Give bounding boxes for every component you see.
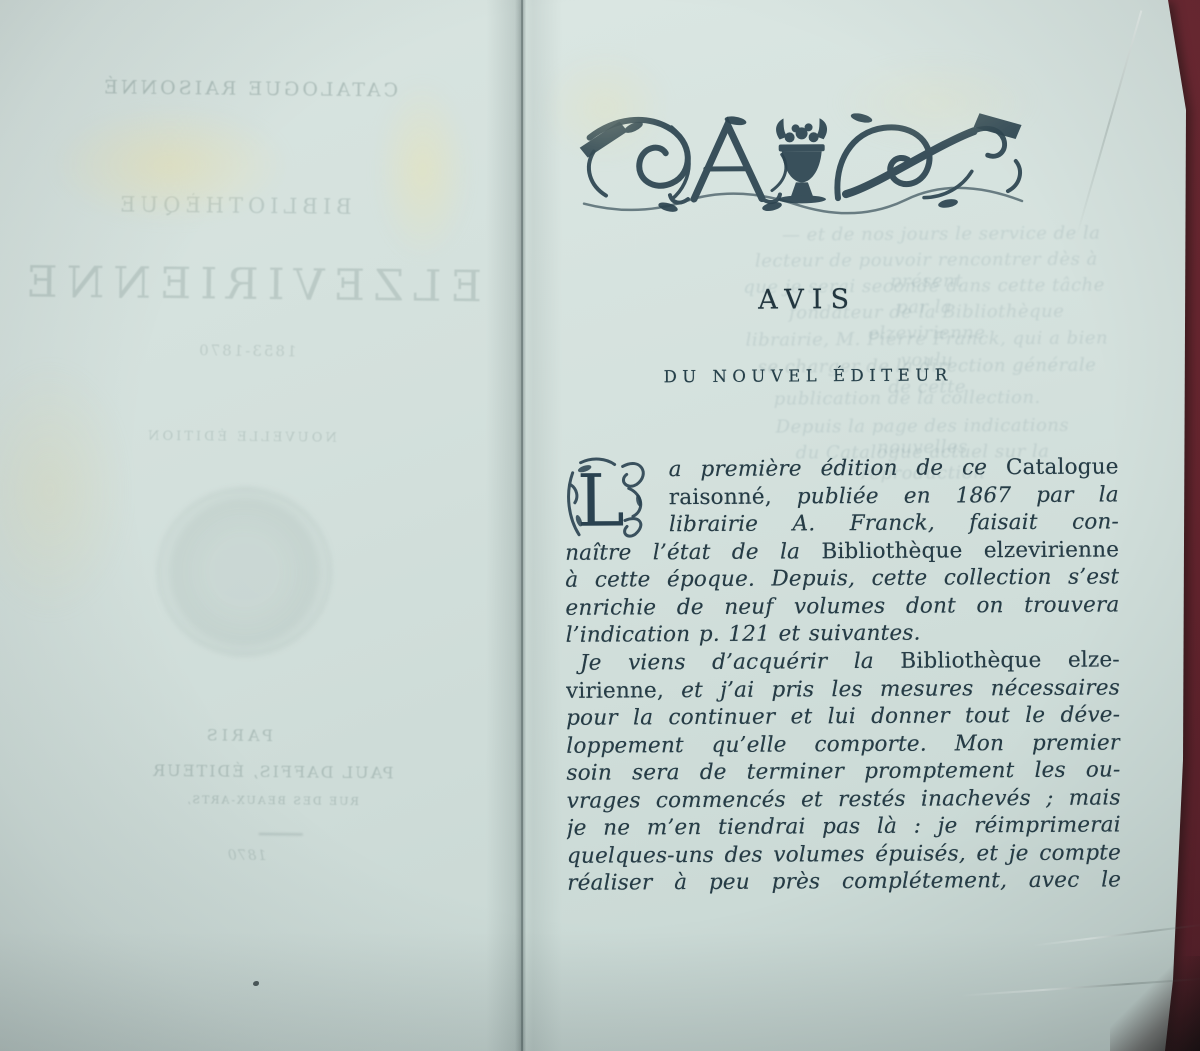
text-line: vrages commencés et restés inachevés ; m… [567,784,1121,815]
roman-run: Bibliothèque elzevirienne [821,537,1119,564]
italic-run: librairie A. Franck, faisait con- [669,509,1119,537]
paragraph-2: Je viens d’acquérir la Bibliothèque elze… [566,646,1122,897]
right-page: — et de nos jours le service de lalecteu… [523,0,1200,1051]
left-page: CATALOGUE RAISONNÉBIBLIOTHÈQUEELZEVIRIEN… [0,0,527,1051]
italic-run: quelques-uns des volumes épuisés, et je … [567,840,1121,868]
text-line: a première édition de ce Catalogue [565,453,1119,484]
text-line: à cette époque. Depuis, cette collection… [565,563,1119,594]
italic-run: Je viens d’acquérir la [580,649,901,676]
bleed-rue: RUE DES BEAUX-ARTS, [147,793,397,809]
italic-run: soin sera de terminer promptement les ou… [566,757,1120,785]
italic-run: vrages commencés et restés inachevés ; m… [567,785,1121,813]
bleed-line: publication de la collection. [757,387,1057,410]
paragraph-1: a première édition de ce Catalogueraison… [565,453,1120,649]
bleed-paris: PARIS [138,725,338,746]
italic-run: pour la continuer et lui donner tout le … [566,702,1120,730]
printers-device-bleed [157,487,333,657]
right-page-wrap: — et de nos jours le service de lalecteu… [523,0,1200,1051]
text-line: pour la continuer et lui donner tout le … [566,701,1120,732]
text-line: raisonné, publiée en 1867 par la [565,481,1119,512]
book-photo: CATALOGUE RAISONNÉBIBLIOTHÈQUEELZEVIRIEN… [0,0,1200,1051]
right-page-content: — et de nos jours le service de lalecteu… [520,0,1200,1051]
text-line: Je viens d’acquérir la Bibliothèque elze… [566,646,1120,677]
text-line: soin sera de terminer promptement les ou… [566,756,1120,787]
page-subtitle: DU NOUVEL ÉDITEUR [531,365,1085,387]
roman-run: Bibliothèque elze- [900,647,1120,673]
roman-run: virienne, [566,678,681,704]
text-line: naître l’état de la Bibliothèque elzevir… [565,536,1119,567]
italic-run: l’indication p. 121 et suivantes. [566,621,921,648]
italic-run: a première édition de ce [669,455,1006,482]
right-page-bleedthrough: — et de nos jours le service de lalecteu… [520,0,1197,2]
bleed-dates: 1853-1870 [97,340,397,361]
text-line: l’indication p. 121 et suivantes. [566,618,1120,649]
bleed-elzevirienne: ELZEVIRIENNE [0,257,511,312]
text-line: quelques-uns des volumes épuisés, et je … [567,839,1121,870]
bleed-catalogue: CATALOGUE RAISONNÉ [34,76,464,103]
bleed-annee: 1870 [171,847,321,865]
text-line: virienne, et j’ai pris les mesures néces… [566,674,1120,705]
roman-run: raisonné, [669,484,797,510]
italic-run: je ne m’en tiendrai pas là : je réimprim… [567,812,1121,840]
italic-run: et j’ai pris les mesures nécessaires [681,675,1120,703]
imprint-rule-bleed [259,833,303,835]
italic-run: réaliser à peu près complétement, avec l… [567,867,1121,895]
bleed-daffis: PAUL DAFFIS, ÉDITEUR [102,760,442,783]
left-page-bleedthrough: CATALOGUE RAISONNÉBIBLIOTHÈQUEELZEVIRIEN… [0,0,532,1051]
text-line: loppement qu’elle comporte. Mon premier [566,729,1120,760]
text-line: librairie A. Franck, faisait con- [565,508,1119,539]
italic-run: loppement qu’elle comporte. Mon premier [566,730,1120,758]
body-text: a première édition de ce Catalogueraison… [520,0,1197,2]
italic-run: publiée en 1867 par la [797,482,1119,509]
italic-run: enrichie de neuf volumes dont on trouver… [565,592,1119,620]
italic-run: à cette époque. Depuis, cette collection… [565,564,1119,592]
text-line: réaliser à peu près complétement, avec l… [567,866,1121,897]
text-line: je ne m’en tiendrai pas là : je réimprim… [567,811,1121,842]
bleed-nouvelle: NOUVELLE ÉDITION [106,428,376,446]
roman-run: Catalogue [1006,454,1119,480]
text-line: enrichie de neuf volumes dont on trouver… [565,591,1119,622]
italic-run: naître l’état de la [565,539,821,566]
headpiece-ornament-image [575,105,1028,226]
bleed-bibliotheque: BIBLIOTHÈQUE [83,192,383,219]
page-title: AVIS [531,283,1085,317]
bleed-line: — et de nos jours le service de la [771,222,1111,245]
